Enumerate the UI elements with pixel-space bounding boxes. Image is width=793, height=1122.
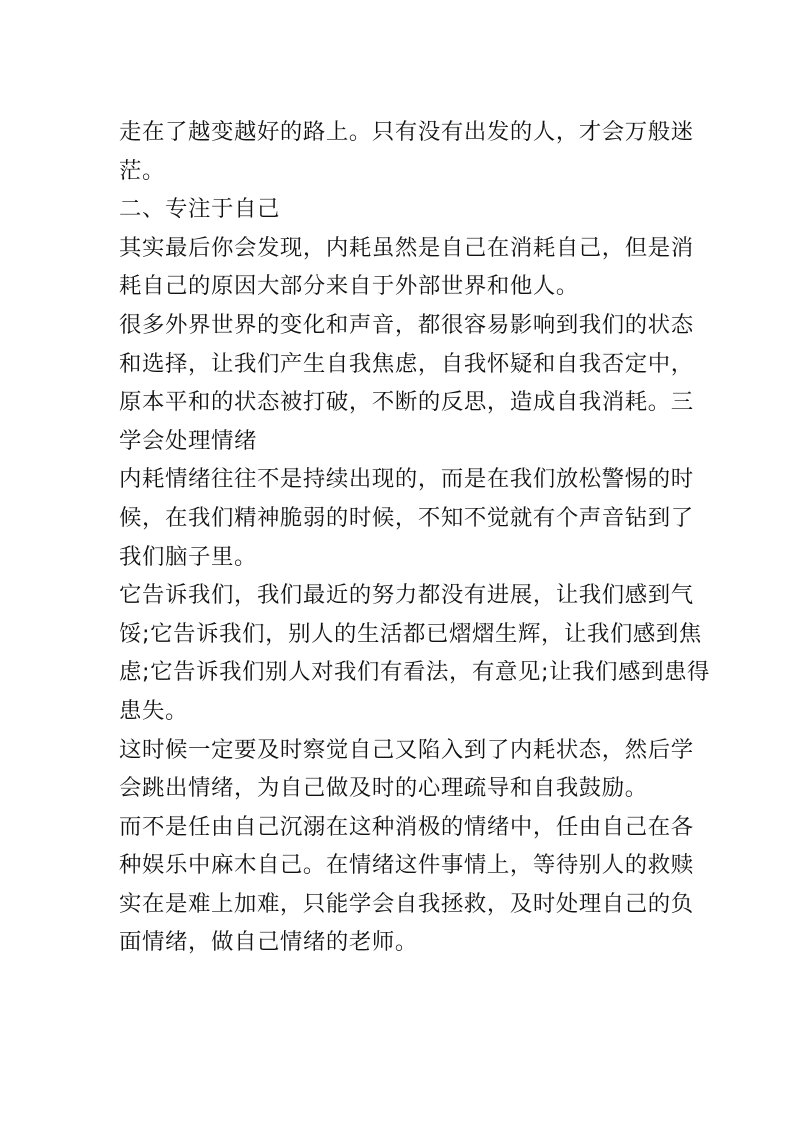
text-line: 耗自己的原因大部分来自于外部世界和他人。 [119, 267, 675, 306]
text-line: 而不是任由自己沉溺在这种消极的情绪中，任由自己在各 [119, 808, 675, 847]
section-heading: 学会处理情绪 [119, 422, 675, 461]
text-line: 很多外界世界的变化和声音，都很容易影响到我们的状态 [119, 306, 675, 345]
text-line: 内耗情绪往往不是持续出现的，而是在我们放松警惕的时 [119, 460, 675, 499]
section-heading: 二、专注于自己 [119, 190, 675, 229]
text-line: 候，在我们精神脆弱的时候，不知不觉就有个声音钻到了 [119, 499, 675, 538]
text-line: 种娱乐中麻木自己。在情绪这件事情上，等待别人的救赎 [119, 846, 675, 885]
text-line: 走在了越变越好的路上。只有没有出发的人，才会万般迷 [119, 113, 675, 152]
text-line: 原本平和的状态被打破，不断的反思，造成自我消耗。三 [119, 383, 675, 422]
text-line: 这时候一定要及时察觉自己又陷入到了内耗状态，然后学 [119, 731, 675, 770]
text-line: 我们脑子里。 [119, 538, 675, 577]
document-body: 走在了越变越好的路上。只有没有出发的人，才会万般迷 茫。 二、专注于自己 其实最… [119, 113, 675, 962]
text-line: 患失。 [119, 692, 675, 731]
text-line: 它告诉我们，我们最近的努力都没有进展，让我们感到气 [119, 576, 675, 615]
text-line: 和选择，让我们产生自我焦虑，自我怀疑和自我否定中， [119, 345, 675, 384]
text-line: 馁;它告诉我们，别人的生活都已熠熠生辉，让我们感到焦 [119, 615, 675, 654]
text-line: 其实最后你会发现，内耗虽然是自己在消耗自己，但是消 [119, 229, 675, 268]
text-line: 面情绪，做自己情绪的老师。 [119, 923, 675, 962]
document-page: 走在了越变越好的路上。只有没有出发的人，才会万般迷 茫。 二、专注于自己 其实最… [0, 0, 793, 1122]
text-line: 茫。 [119, 152, 675, 191]
text-line: 实在是难上加难，只能学会自我拯救，及时处理自己的负 [119, 885, 675, 924]
text-line: 会跳出情绪，为自己做及时的心理疏导和自我鼓励。 [119, 769, 675, 808]
text-line: 虑;它告诉我们别人对我们有看法，有意见;让我们感到患得 [119, 653, 675, 692]
